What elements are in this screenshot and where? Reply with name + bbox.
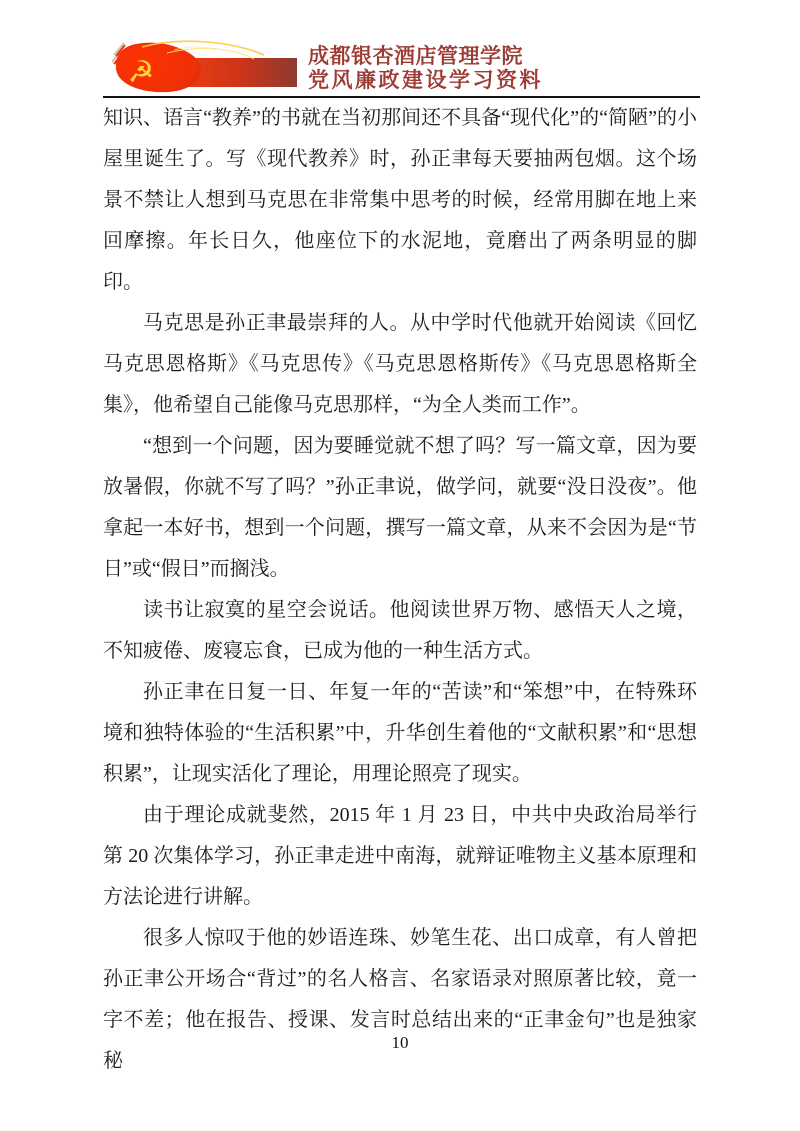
document-page: ☭ 成都银杏酒店管理学院 党风廉政建设学习资料 知识、语言“教养”的书就在当初那…: [0, 0, 800, 1131]
paragraph: 很多人惊叹于他的妙语连珠、妙笔生花、出口成章，有人曾把孙正聿公开场合“背过”的名…: [103, 918, 697, 1082]
hammer-and-sickle-icon: ☭: [128, 55, 155, 90]
flag-banner-graphic: ☭: [112, 40, 302, 96]
header-title-line1: 成都银杏酒店管理学院: [308, 44, 543, 68]
paragraph: 读书让寂寞的星空会说话。他阅读世界万物、感悟天人之境，不知疲倦、废寝忘食，已成为…: [103, 590, 697, 672]
header-title: 成都银杏酒店管理学院 党风廉政建设学习资料: [308, 44, 543, 92]
document-body: 知识、语言“教养”的书就在当初那间还不具备“现代化”的“简陋”的小屋里诞生了。写…: [103, 98, 697, 1082]
party-flag-logo: ☭: [112, 40, 302, 96]
paragraph: “想到一个问题，因为要睡觉就不想了吗？写一篇文章，因为要放暑假，你就不写了吗？”…: [103, 426, 697, 590]
header-title-line2: 党风廉政建设学习资料: [308, 68, 543, 92]
paragraph: 由于理论成就斐然，2015 年 1 月 23 日，中共中央政治局举行第 20 次…: [103, 795, 697, 918]
paragraph: 知识、语言“教养”的书就在当初那间还不具备“现代化”的“简陋”的小屋里诞生了。写…: [103, 98, 697, 303]
page-number: 10: [0, 1033, 800, 1053]
paragraph: 马克思是孙正聿最崇拜的人。从中学时代他就开始阅读《回忆马克思恩格斯》《马克思传》…: [103, 303, 697, 426]
paragraph: 孙正聿在日复一日、年复一年的“苦读”和“笨想”中，在特殊环境和独特体验的“生活积…: [103, 672, 697, 795]
